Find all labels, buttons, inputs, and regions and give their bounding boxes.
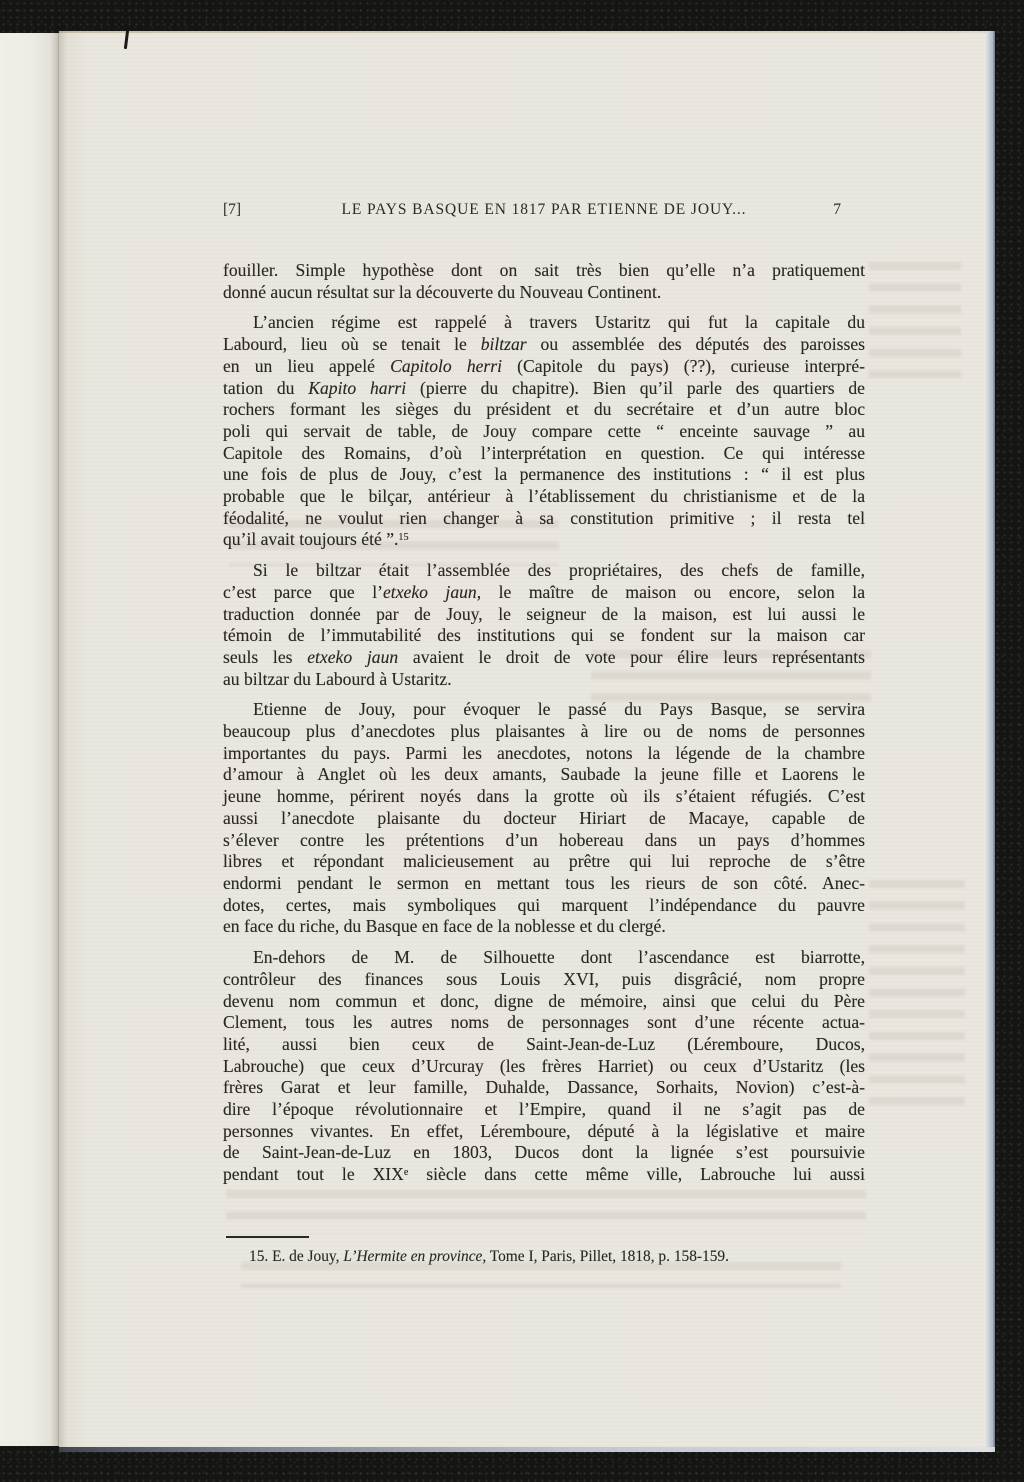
facing-page-edge — [0, 33, 59, 1446]
page-top-edge — [59, 31, 995, 33]
show-through-ghost — [869, 262, 961, 378]
text-line: seuls les etxeko jaun avaient le droit d… — [223, 647, 865, 669]
text-line: donné aucun résultat sur la découverte d… — [223, 282, 865, 304]
text-line: au biltzar du Labourd à Ustaritz. — [223, 669, 865, 691]
text-line: pendant tout le XIXe siècle dans cette m… — [223, 1164, 865, 1186]
footnote-rule — [226, 1236, 309, 1238]
text-line: En-dehors de M. de Silhouette dont l’asc… — [223, 947, 865, 969]
text-line: endormi pendant le sermon en mettant tou… — [223, 873, 865, 895]
text-line: Si le biltzar était l’assemblée des prop… — [223, 560, 865, 582]
text-line: Labrouche) que ceux d’Urcuray (les frère… — [223, 1056, 865, 1078]
body-text: fouiller. Simple hypothèse dont on sait … — [223, 260, 865, 1186]
text-line: qu’il avait toujours été ”.15 — [223, 529, 865, 551]
text-line: frères Garat et leur famille, Duhalde, D… — [223, 1077, 865, 1099]
text-line: beaucoup plus d’anecdotes plus plaisante… — [223, 721, 865, 743]
text-line: dotes, certes, mais symboliques qui marq… — [223, 895, 865, 917]
book-page: [7] LE PAYS BASQUE EN 1817 PAR ETIENNE D… — [59, 31, 995, 1452]
text-line: rochers formant les sièges du président … — [223, 399, 865, 421]
text-line: traduction donnée par de Jouy, le seigne… — [223, 604, 865, 626]
paragraph: Etienne de Jouy, pour évoquer le passé d… — [223, 699, 865, 938]
text-line: dire l’époque révolutionnaire et l’Empir… — [223, 1099, 865, 1121]
text-line: tation du Kapito harri (pierre du chapit… — [223, 378, 865, 400]
text-line: importantes du pays. Parmi les anecdotes… — [223, 743, 865, 765]
text-line: jeune homme, périrent noyés dans la grot… — [223, 786, 865, 808]
text-line: contrôleur des finances sous Louis XVI, … — [223, 969, 865, 991]
running-header: [7] LE PAYS BASQUE EN 1817 PAR ETIENNE D… — [223, 201, 865, 223]
text-line: d’amour à Anglet où les deux amants, Sau… — [223, 764, 865, 786]
photo-background: [7] LE PAYS BASQUE EN 1817 PAR ETIENNE D… — [0, 0, 1024, 1482]
paragraph: En-dehors de M. de Silhouette dont l’asc… — [223, 947, 865, 1186]
text-line: personnes vivantes. En effet, Léremboure… — [223, 1121, 865, 1143]
text-line: s’élever contre les prétentions d’un hob… — [223, 830, 865, 852]
text-line: devenu nom commun et donc, digne de mémo… — [223, 991, 865, 1013]
paragraph: L’ancien régime est rappelé à travers Us… — [223, 312, 865, 551]
text-line: Etienne de Jouy, pour évoquer le passé d… — [223, 699, 865, 721]
text-line: une fois de plus de Jouy, c’est la perma… — [223, 464, 865, 486]
page-stack-edge-right — [986, 31, 995, 1452]
text-line: fouiller. Simple hypothèse dont on sait … — [223, 260, 865, 282]
text-line: en face du riche, du Basque en face de l… — [223, 916, 865, 938]
header-title: LE PAYS BASQUE EN 1817 PAR ETIENNE DE JO… — [223, 201, 865, 219]
text-line: témoin de l’immutabilité des institution… — [223, 625, 865, 647]
text-line: féodalité, ne voulut rien changer à sa c… — [223, 508, 865, 530]
text-line: Labourd, lieu où se tenait le biltzar ou… — [223, 334, 865, 356]
text-line: Capitole des Romains, d’où l’interprétat… — [223, 443, 865, 465]
show-through-ghost — [226, 1190, 866, 1234]
show-through-ghost — [869, 880, 965, 1110]
footnote: 15. E. de Jouy, L’Hermite en province, T… — [223, 1247, 903, 1267]
text-line: aussi l’anecdote plaisante du docteur Hi… — [223, 808, 865, 830]
text-line: L’ancien régime est rappelé à travers Us… — [223, 312, 865, 334]
paragraph: Si le biltzar était l’assemblée des prop… — [223, 560, 865, 690]
text-line: de Saint-Jean-de-Luz en 1803, Ducos dont… — [223, 1142, 865, 1164]
paragraph: fouiller. Simple hypothèse dont on sait … — [223, 260, 865, 303]
text-line: en un lieu appelé Capitolo herri (Capito… — [223, 356, 865, 378]
text-line: c’est parce que l’etxeko jaun, le maître… — [223, 582, 865, 604]
page-stack-edge-bottom — [59, 1447, 995, 1452]
text-line: poli qui servait de table, de Jouy compa… — [223, 421, 865, 443]
text-line: probable que le bilçar, antérieur à l’ét… — [223, 486, 865, 508]
text-line: lité, aussi bien ceux de Saint-Jean-de-L… — [223, 1034, 865, 1056]
text-line: Clement, tous les autres noms de personn… — [223, 1012, 865, 1034]
header-page-number: 7 — [833, 201, 841, 219]
text-line: libres et répondant malicieusement au pr… — [223, 851, 865, 873]
